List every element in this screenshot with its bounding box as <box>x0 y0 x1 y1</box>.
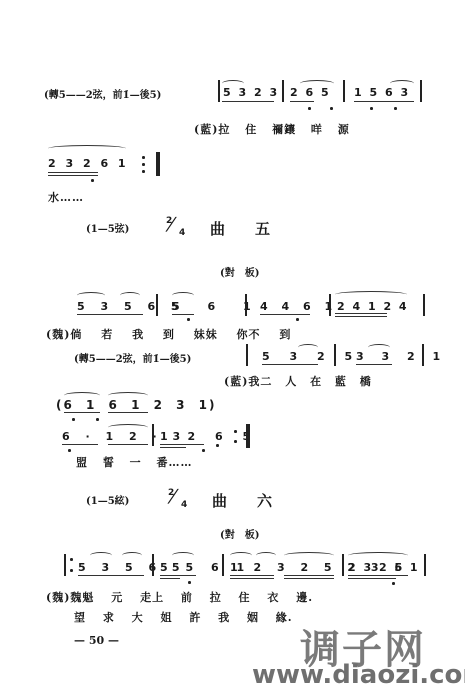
underline <box>64 412 100 413</box>
intro-instruction: (轉5——2弦，前1̇—後5) <box>74 350 191 365</box>
measure-1: 5 3 2 5 <box>262 350 354 363</box>
lyric-line: (藍)拉 住 禰鑲 咩 源 <box>194 121 350 137</box>
low-octave-dot <box>68 449 71 452</box>
underline <box>262 364 318 365</box>
piece-title: 曲 五 <box>210 218 270 239</box>
end-barline <box>156 152 160 176</box>
watermark-url: www.diaozi.com <box>252 660 465 690</box>
end-lyric: 水…… <box>48 189 84 205</box>
barline <box>152 424 154 446</box>
low-octave-dot <box>370 107 373 110</box>
repeat-dot <box>142 170 145 173</box>
underline <box>222 101 274 102</box>
underline <box>335 316 387 317</box>
slur <box>256 552 276 559</box>
low-octave-dot <box>394 107 397 110</box>
slur <box>368 344 390 351</box>
low-octave-dot <box>96 418 99 421</box>
repeat-dot <box>70 569 73 572</box>
measure-3: 4 4 6 1 <box>260 300 334 313</box>
repeat-dot <box>234 430 237 433</box>
underline <box>290 101 314 102</box>
slur <box>348 552 408 559</box>
slur <box>222 80 244 87</box>
underline <box>160 578 180 579</box>
underline <box>284 575 334 576</box>
time-sig-denominator: 4 <box>181 500 187 510</box>
low-octave-dot <box>91 179 94 182</box>
repeat-dot <box>70 558 73 561</box>
underline <box>172 314 194 315</box>
low-octave-dot <box>392 582 395 585</box>
tuning-label: (1—5弦) <box>86 220 129 235</box>
barline <box>420 80 422 102</box>
repeat-dot <box>234 440 237 443</box>
underline <box>48 172 98 173</box>
barline <box>329 294 331 316</box>
tempo-marking: (對 板) <box>220 264 259 279</box>
low-octave-dot <box>308 107 311 110</box>
underline <box>356 364 392 365</box>
lyric-line: 盟 誓 一 番…… <box>76 454 193 470</box>
barline <box>334 344 336 366</box>
start-repeat-barline <box>64 554 66 576</box>
repeat-dot <box>142 156 145 159</box>
intro-instruction: (轉5——2弦，前1̇—後5) <box>44 86 161 101</box>
barline <box>156 294 158 316</box>
barline <box>423 294 425 316</box>
measure-2: 1 2 6 5 <box>160 430 252 443</box>
underline <box>230 578 274 579</box>
parenthetical-notes: (6 1 6 1 2 3 1) <box>56 398 216 412</box>
barline <box>422 344 424 366</box>
time-sig-denominator: 4 <box>179 228 185 238</box>
underline <box>284 578 334 579</box>
lyric-line: (藍)我二 人 在 藍 橋 <box>224 373 372 389</box>
end-barline <box>246 424 250 448</box>
underline <box>48 175 98 176</box>
barline <box>246 344 248 366</box>
slur <box>48 145 126 152</box>
page-number: — 50 — <box>74 634 119 647</box>
underline <box>78 575 144 576</box>
slur <box>122 552 142 559</box>
measure-2: 5 6 1 <box>172 300 253 313</box>
low-octave-dot <box>330 107 333 110</box>
measure-4: 2 4 1 2 4 <box>337 300 409 313</box>
measure-3: 1 5 6 3 <box>354 86 410 99</box>
low-octave-dot <box>216 444 219 447</box>
measure-2: 2 6 5 <box>290 86 331 99</box>
measure-4: 2 3 2 6 1 <box>348 561 420 574</box>
slur <box>335 291 407 298</box>
low-octave-dot <box>72 418 75 421</box>
low-octave-dot <box>202 449 205 452</box>
tempo-marking: (對 板) <box>220 526 259 541</box>
underline <box>108 412 148 413</box>
slur <box>300 80 334 87</box>
lyric-line-2: 望 求 大 姐 許 我 姻 緣. <box>74 609 293 625</box>
slur <box>390 80 414 87</box>
underline <box>108 444 148 445</box>
end-measure: 2 3 2 6 1 <box>48 157 129 170</box>
slur <box>120 292 140 299</box>
underline <box>160 447 186 448</box>
slur <box>284 552 334 559</box>
barline <box>245 294 247 316</box>
slur <box>77 292 105 299</box>
barline <box>218 80 220 102</box>
low-octave-dot <box>188 581 191 584</box>
underline <box>230 575 274 576</box>
slur <box>230 552 252 559</box>
underline <box>348 578 396 579</box>
underline <box>77 314 143 315</box>
measure-2: 3 3 2 1 <box>356 350 442 363</box>
underline <box>260 314 310 315</box>
barline <box>282 80 284 102</box>
barline <box>222 554 224 576</box>
barline <box>342 554 344 576</box>
underline <box>354 101 414 102</box>
underline <box>160 444 204 445</box>
lyric-line: (魏)倘 若 我 到 妹妹 你不 到 <box>46 326 291 342</box>
underline <box>160 575 196 576</box>
underline <box>335 313 387 314</box>
slur <box>298 344 318 351</box>
slur <box>172 292 194 299</box>
slur <box>90 552 112 559</box>
lyric-line-1: (魏)魏魁 元 走上 前 拉 住 衣 邊. <box>46 589 313 605</box>
measure-1: 5 3 5 6 5 <box>77 300 181 313</box>
piece-title: 曲 六 <box>212 490 272 511</box>
barline <box>424 554 426 576</box>
low-octave-dot <box>296 318 299 321</box>
slur <box>172 552 194 559</box>
repeat-dot <box>142 163 145 166</box>
low-octave-dot <box>187 318 190 321</box>
measure-1: 5 3 2 3 <box>223 86 279 99</box>
underline <box>348 575 408 576</box>
underline <box>62 444 98 445</box>
tuning-label: (1—5絃) <box>86 492 129 507</box>
barline <box>152 554 154 576</box>
barline <box>343 80 345 102</box>
